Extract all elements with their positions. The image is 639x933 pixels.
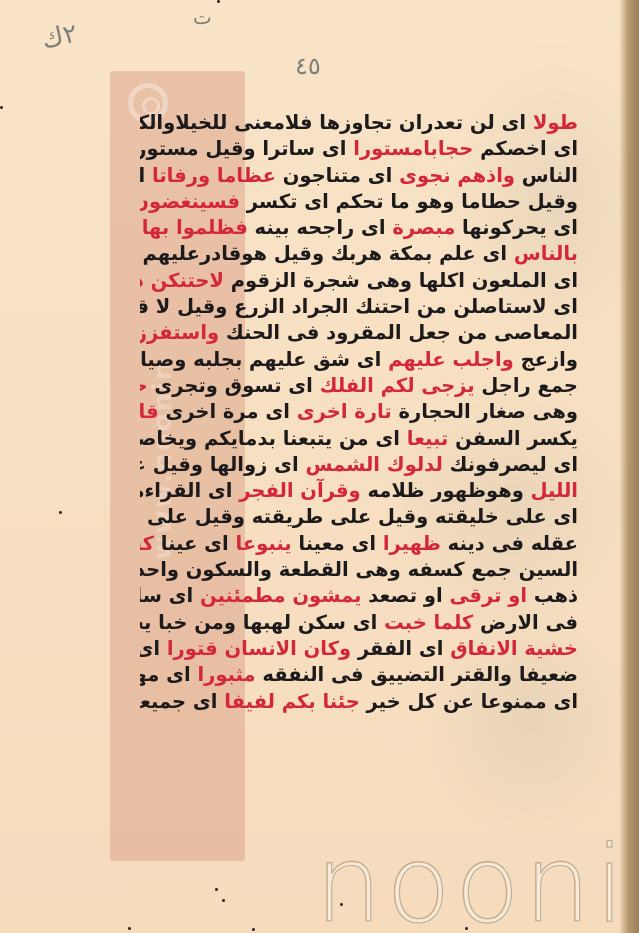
rubric-text: كسفا — [140, 532, 154, 555]
rubric-text: حاجبا — [140, 374, 148, 397]
text-line: عقله فى دينه ظهيرا اى معينا ينبوعا اى عي… — [140, 531, 578, 557]
rubric-text: فظلموا بها — [142, 216, 248, 239]
body-text: او تصعد — [362, 584, 450, 607]
body-text: اى تسوق وتجرى — [148, 374, 320, 397]
body-text: السين جمع كسفه وهى القطعة والسكون واحدا — [140, 558, 578, 581]
rubric-text: يمشون مطمئنين — [200, 584, 361, 607]
ink-speck — [217, 0, 220, 3]
rubric-text: لاحتنكن ذريته الاقليلا — [140, 269, 224, 292]
folio-number: ٤٥ — [295, 52, 321, 80]
text-line: الناس واذهم نجوى اى متناجون عظاما ورفاتا… — [140, 163, 578, 189]
text-line: بالناس اى علم بمكة هربك وقيل هوقادرعليهم… — [140, 241, 578, 267]
body-text: وهوظهور ظلامه — [361, 479, 531, 502]
body-text: اى مرة اخرى — [159, 400, 297, 423]
text-line: طولا اى لن تعدران تجاوزها فلامعنى للخيلا… — [140, 110, 578, 136]
body-text: اى ساكنين — [140, 584, 200, 607]
rubric-text: واذهم نجوى — [399, 164, 515, 187]
body-text: اى شق عليهم بجلبه وصياح — [140, 348, 388, 371]
text-line: اى الملعون اكلها وهى شجرة الزقوم لاحتنكن… — [140, 268, 578, 294]
body-text: اى زوالها وقيل غروبها — [140, 453, 305, 476]
rubric-text: طولا — [533, 111, 578, 134]
marginalia-top-center: ت — [193, 5, 212, 29]
text-line: وقيل حطاما وهو ما تحكم اى تكسر فسينغضون … — [140, 189, 578, 215]
rubric-text: فسينغضون اليك روسهم — [140, 190, 240, 213]
body-text: وهى صغار الحجارة — [392, 400, 578, 423]
body-text: اى ترابا — [140, 164, 152, 187]
body-text: اى يحركونها — [455, 216, 578, 239]
text-line: الليل وهوظهور ظلامه وقرآن الفجر اى القرا… — [140, 478, 578, 504]
ink-speck — [215, 888, 218, 891]
body-text: اى من يتبعنا بدمايكم ويخاصمنا عنكم — [140, 427, 407, 450]
body-text: اى مهلكا وقيل — [140, 663, 197, 686]
body-text: اى على خليقته وقيل على طريقته وقيل على ط… — [140, 505, 578, 528]
text-line: جمع راجل يزجى لكم الفلك اى تسوق وتجرى حا… — [140, 373, 578, 399]
body-text: اى لاستاصلن من احتنك الجراد الزرع وقيل ل… — [140, 295, 578, 318]
rubric-text: مثبورا — [197, 663, 255, 686]
body-text: المعاصى من جعل المقرود فى الحنك — [219, 321, 578, 344]
rubric-text: لدلوك الشمس — [305, 453, 442, 476]
body-text: اى متناجون — [276, 164, 399, 187]
body-text: اى ليصرفونك — [443, 453, 578, 476]
body-text: اى عينا — [154, 532, 236, 555]
text-line: المعاصى من جعل المقرود فى الحنك واستفزز … — [140, 320, 578, 346]
text-line: فى الارض كلما خبت اى سكن لهبها ومن خبا ي… — [140, 610, 578, 636]
rubric-text: او ترقى — [449, 584, 527, 607]
body-text: ضعيفا والقتر التضييق فى النفقه — [256, 663, 578, 686]
ink-speck — [59, 511, 62, 514]
body-text: اى جميعا وقيل اى مختلطين — [140, 690, 224, 713]
text-line: اى ليصرفونك لدلوك الشمس اى زوالها وقيل غ… — [140, 452, 578, 478]
text-line: اى يحركونها مبصرة اى راجحه بينه فظلموا ب… — [140, 215, 578, 241]
ink-speck — [128, 927, 131, 930]
rubric-text: قاصفا — [140, 400, 159, 423]
body-text: ذهب — [527, 584, 578, 607]
rubric-text: ينبوعا — [235, 532, 291, 555]
body-text: فى الارض — [473, 611, 578, 634]
text-line: اى ممنوعا عن كل خير جئنا بكم لفيفا اى جم… — [140, 689, 578, 715]
text-line: اى على خليقته وقيل على طريقته وقيل على ط… — [140, 504, 578, 530]
rubric-text: تبيعا — [407, 427, 449, 450]
manuscript-text: طولا اى لن تعدران تجاوزها فلامعنى للخيلا… — [140, 110, 578, 715]
marginalia-top-left: ٢ك — [39, 19, 80, 56]
rubric-text: بالناس — [514, 242, 578, 265]
rubric-text: عظاما ورفاتا — [152, 164, 276, 187]
manuscript-page: ٢ك ت ٤٥ www.noonin طولا اى لن تعدران تجا… — [0, 0, 639, 933]
rubric-text: جئنا بكم لفيفا — [224, 690, 360, 713]
watermark-noonin: noonin — [315, 832, 639, 933]
body-text: اى اخصكم — [473, 137, 578, 160]
ink-speck — [222, 899, 225, 902]
ink-speck — [252, 928, 255, 931]
body-text: اى سكن لهبها ومن خبا يخبو والتاء للتانيث — [140, 611, 384, 634]
body-text: جمع راجل — [475, 374, 578, 397]
body-text: يكسر السفن — [448, 427, 578, 450]
text-line: ضعيفا والقتر التضييق فى النفقه مثبورا اى… — [140, 662, 578, 688]
text-line: وازعج واجلب عليهم اى شق عليهم بجلبه وصيا… — [140, 347, 578, 373]
rubric-text: مبصرة — [392, 216, 455, 239]
body-text: اى ممنوعا عن كل خير — [360, 690, 578, 713]
text-line: خشية الانفاق اى الفقر وكان الانسان قتورا… — [140, 636, 578, 662]
body-text: اى الملعون اكلها وهى شجرة الزقوم — [224, 269, 578, 292]
rubric-text: حجابامستورا — [353, 137, 473, 160]
rubric-text: تارة اخرى — [297, 400, 392, 423]
rubric-text: كلما خبت — [384, 611, 473, 634]
text-line: ذهب او ترقى او تصعد يمشون مطمئنين اى ساك… — [140, 583, 578, 609]
body-text: اى الفقر — [351, 637, 450, 660]
rubric-text: ظهيرا — [383, 532, 441, 555]
body-text: وقيل حطاما وهو ما تحكم اى تكسر — [240, 190, 578, 213]
body-text: اى القراءة فيه — [140, 479, 239, 502]
rubric-text: الليل — [531, 479, 578, 502]
rubric-text: يزجى لكم الفلك — [320, 374, 475, 397]
text-line: اى اخصكم حجابامستورا اى ساترا وقيل مستور… — [140, 136, 578, 162]
text-line: يكسر السفن تبيعا اى من يتبعنا بدمايكم وي… — [140, 426, 578, 452]
body-text: اى معينا — [292, 532, 383, 555]
rubric-text: واستفزز — [140, 321, 219, 344]
body-text: عقله فى دينه — [441, 532, 578, 555]
body-text: الناس — [515, 164, 578, 187]
rubric-text: واجلب عليهم — [388, 348, 514, 371]
body-text: اى ساترا وقيل مستوراعن اعين — [140, 137, 353, 160]
rubric-text: وكان الانسان قتورا — [167, 637, 351, 660]
text-line: وهى صغار الحجارة تارة اخرى اى مرة اخرى ق… — [140, 399, 578, 425]
text-line: السين جمع كسفه وهى القطعة والسكون واحدا … — [140, 557, 578, 583]
rubric-text: خشية الانفاق — [450, 637, 578, 660]
body-text: اى لن تعدران تجاوزها فلامعنى للخيلاوالكب… — [140, 111, 533, 134]
body-text: اى بخيلا وقيل — [140, 637, 167, 660]
body-text: اى علم بمكة هربك وقيل هوقادرعليهم — [140, 242, 514, 265]
ink-speck — [0, 106, 3, 109]
text-line: اى لاستاصلن من احتنك الجراد الزرع وقيل ل… — [140, 294, 578, 320]
page-edge-shadow — [619, 0, 639, 933]
body-text: اى راجحه بينه — [248, 216, 393, 239]
body-text: وازعج — [514, 348, 578, 371]
rubric-text: وقرآن الفجر — [239, 479, 360, 502]
